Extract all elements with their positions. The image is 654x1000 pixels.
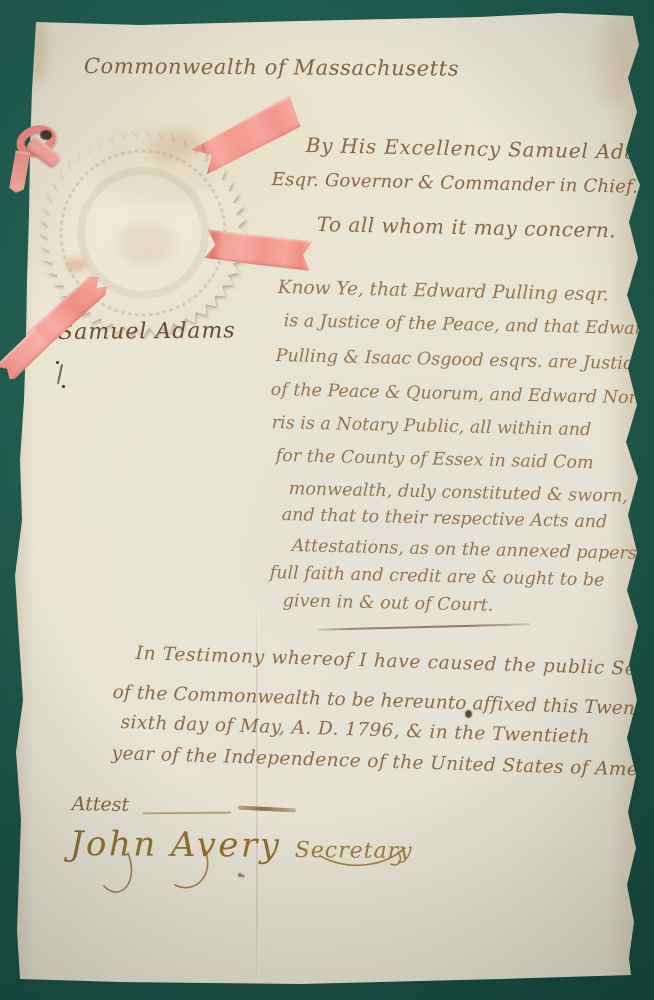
body-line: given in & out of Court. xyxy=(283,591,494,616)
pink-ribbon-knot-tail xyxy=(8,150,30,194)
document-paper: Commonwealth of Massachusetts By His Exc… xyxy=(0,0,654,1000)
body-line: Attestations, as on the annexed papers, xyxy=(292,536,643,564)
photo-background: Commonwealth of Massachusetts By His Exc… xyxy=(0,0,654,1000)
testimony-line: year of the Independence of the United S… xyxy=(111,743,654,782)
ink-divider-rule xyxy=(318,623,530,631)
stitch-hole xyxy=(62,385,65,388)
body-line: is a Justice of the Peace, and that Edwa… xyxy=(284,311,654,339)
secretary-title: Secretary xyxy=(295,838,413,864)
body-line: ris is a Notary Public, all within and xyxy=(272,413,592,440)
testimony-line: sixth day of May, A. D. 1796, & in the T… xyxy=(120,712,590,748)
attest-label: Attest xyxy=(72,793,130,816)
knot-dark-spot xyxy=(40,130,52,140)
salutation-line: By His Excellency Samuel Adams xyxy=(305,133,654,165)
document-heading: Commonwealth of Massachusetts xyxy=(84,54,459,81)
stitch-thread xyxy=(57,364,63,384)
body-line: Pulling & Isaac Osgood esqrs. are Justic… xyxy=(276,346,653,375)
body-line: full faith and credit are & ought to be xyxy=(270,563,605,591)
salutation-line: Esqr. Governor & Commander in Chief. xyxy=(272,169,639,198)
body-line: Know Ye, that Edward Pulling esqr. xyxy=(278,277,610,306)
body-line: of the Peace & Quorum, and Edward Nor- xyxy=(271,380,643,408)
secretary-signature: John Avery Secretary xyxy=(70,824,413,867)
body-line: for the County of Essex in said Com xyxy=(276,446,594,473)
attest-flourish xyxy=(143,812,231,814)
paper-stain xyxy=(596,18,630,108)
ink-speck xyxy=(238,873,242,877)
attest-flourish xyxy=(238,805,296,812)
stitch-hole xyxy=(56,361,59,364)
testimony-line: In Testimony whereof I have caused the p… xyxy=(135,643,654,680)
governor-signature: Samuel Adams xyxy=(58,318,236,345)
secretary-name: John Avery xyxy=(70,824,282,866)
body-line: and that to their respective Acts and xyxy=(282,505,608,532)
salutation-line: To all whom it may concern. xyxy=(316,212,616,242)
paper-stain xyxy=(26,16,48,84)
body-line: monwealth, duly constituted & sworn, xyxy=(289,479,629,507)
